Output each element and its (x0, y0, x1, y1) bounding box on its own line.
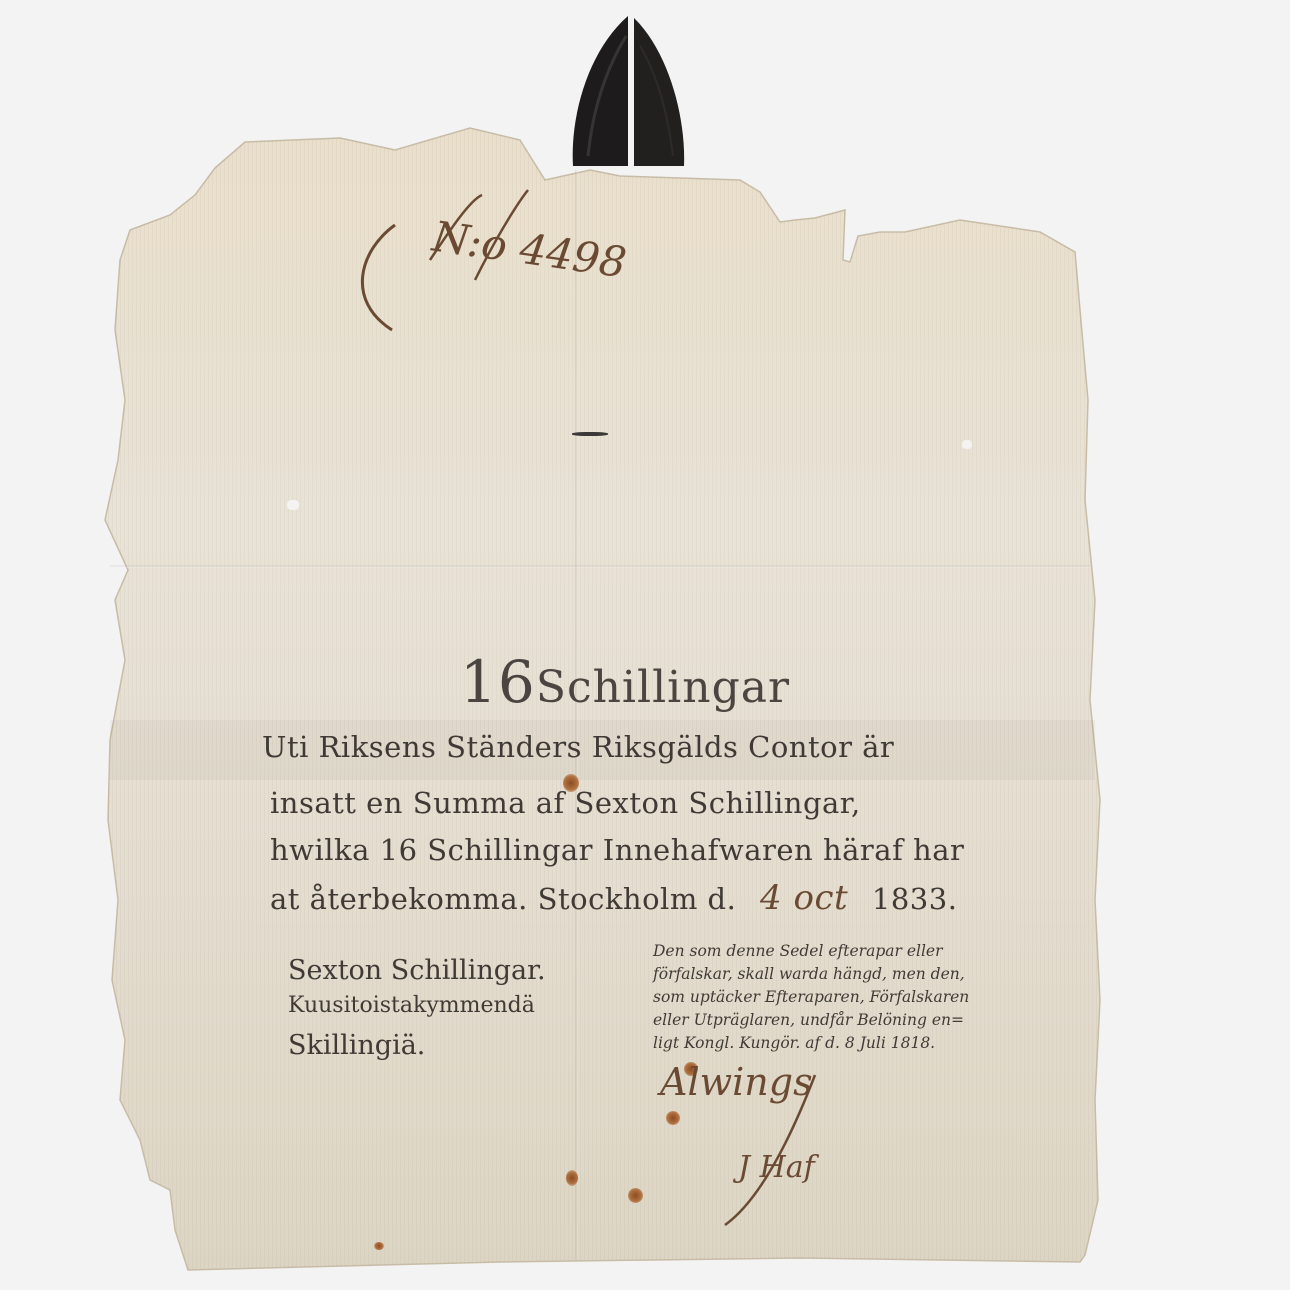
paper-hole (287, 500, 299, 510)
signature-1: Alwings (660, 1060, 813, 1104)
rust-spot (566, 1170, 578, 1186)
rust-spot (628, 1188, 643, 1203)
paper-hole (572, 432, 608, 436)
counterfeit-warning-line-4: eller Utpräglaren, undfår Belöning en= (653, 1013, 964, 1029)
counterfeit-warning-line-5: ligt Kongl. Kungör. af d. 8 Juli 1818. (653, 1036, 935, 1052)
main-text-line-4: at återbekomma. Stockholm d. 4 oct 1833. (270, 878, 957, 918)
paper-hole (962, 440, 972, 449)
amount-in-words-finnish: Kuusitoistakymmendä (288, 993, 535, 1018)
issue-year: 1833. (872, 882, 958, 916)
rust-spot (666, 1111, 680, 1125)
counterfeit-warning-line-1: Den som denne Sedel efterapar eller (653, 944, 942, 960)
counterfeit-warning-line-3: som uptäcker Efteraparen, Förfalskaren (653, 990, 969, 1006)
banknote-paper (0, 0, 1290, 1290)
denomination-word: Schillingar (536, 662, 790, 713)
denomination-number: 16 (460, 648, 536, 716)
denomination-heading: 16Schillingar (460, 648, 790, 716)
rust-spot (374, 1242, 384, 1250)
main-text-line-1: Uti Riksens Ständers Riksgälds Contor är (262, 730, 894, 764)
handwritten-issue-date: 4 oct (760, 878, 848, 918)
signature-2: J Haf (738, 1150, 815, 1185)
amount-in-words-finnish-cont: Skillingiä. (288, 1030, 425, 1061)
main-text-line-3: hwilka 16 Schillingar Innehafwaren häraf… (270, 833, 964, 867)
issue-place: at återbekomma. Stockholm d. (270, 882, 736, 916)
main-text-line-2: insatt en Summa af Sexton Schillingar, (270, 786, 861, 820)
counterfeit-warning-line-2: förfalskar, skall warda hängd, men den, (653, 967, 965, 983)
horizontal-fold-line (110, 565, 1090, 568)
amount-in-words-swedish: Sexton Schillingar. (288, 955, 546, 986)
